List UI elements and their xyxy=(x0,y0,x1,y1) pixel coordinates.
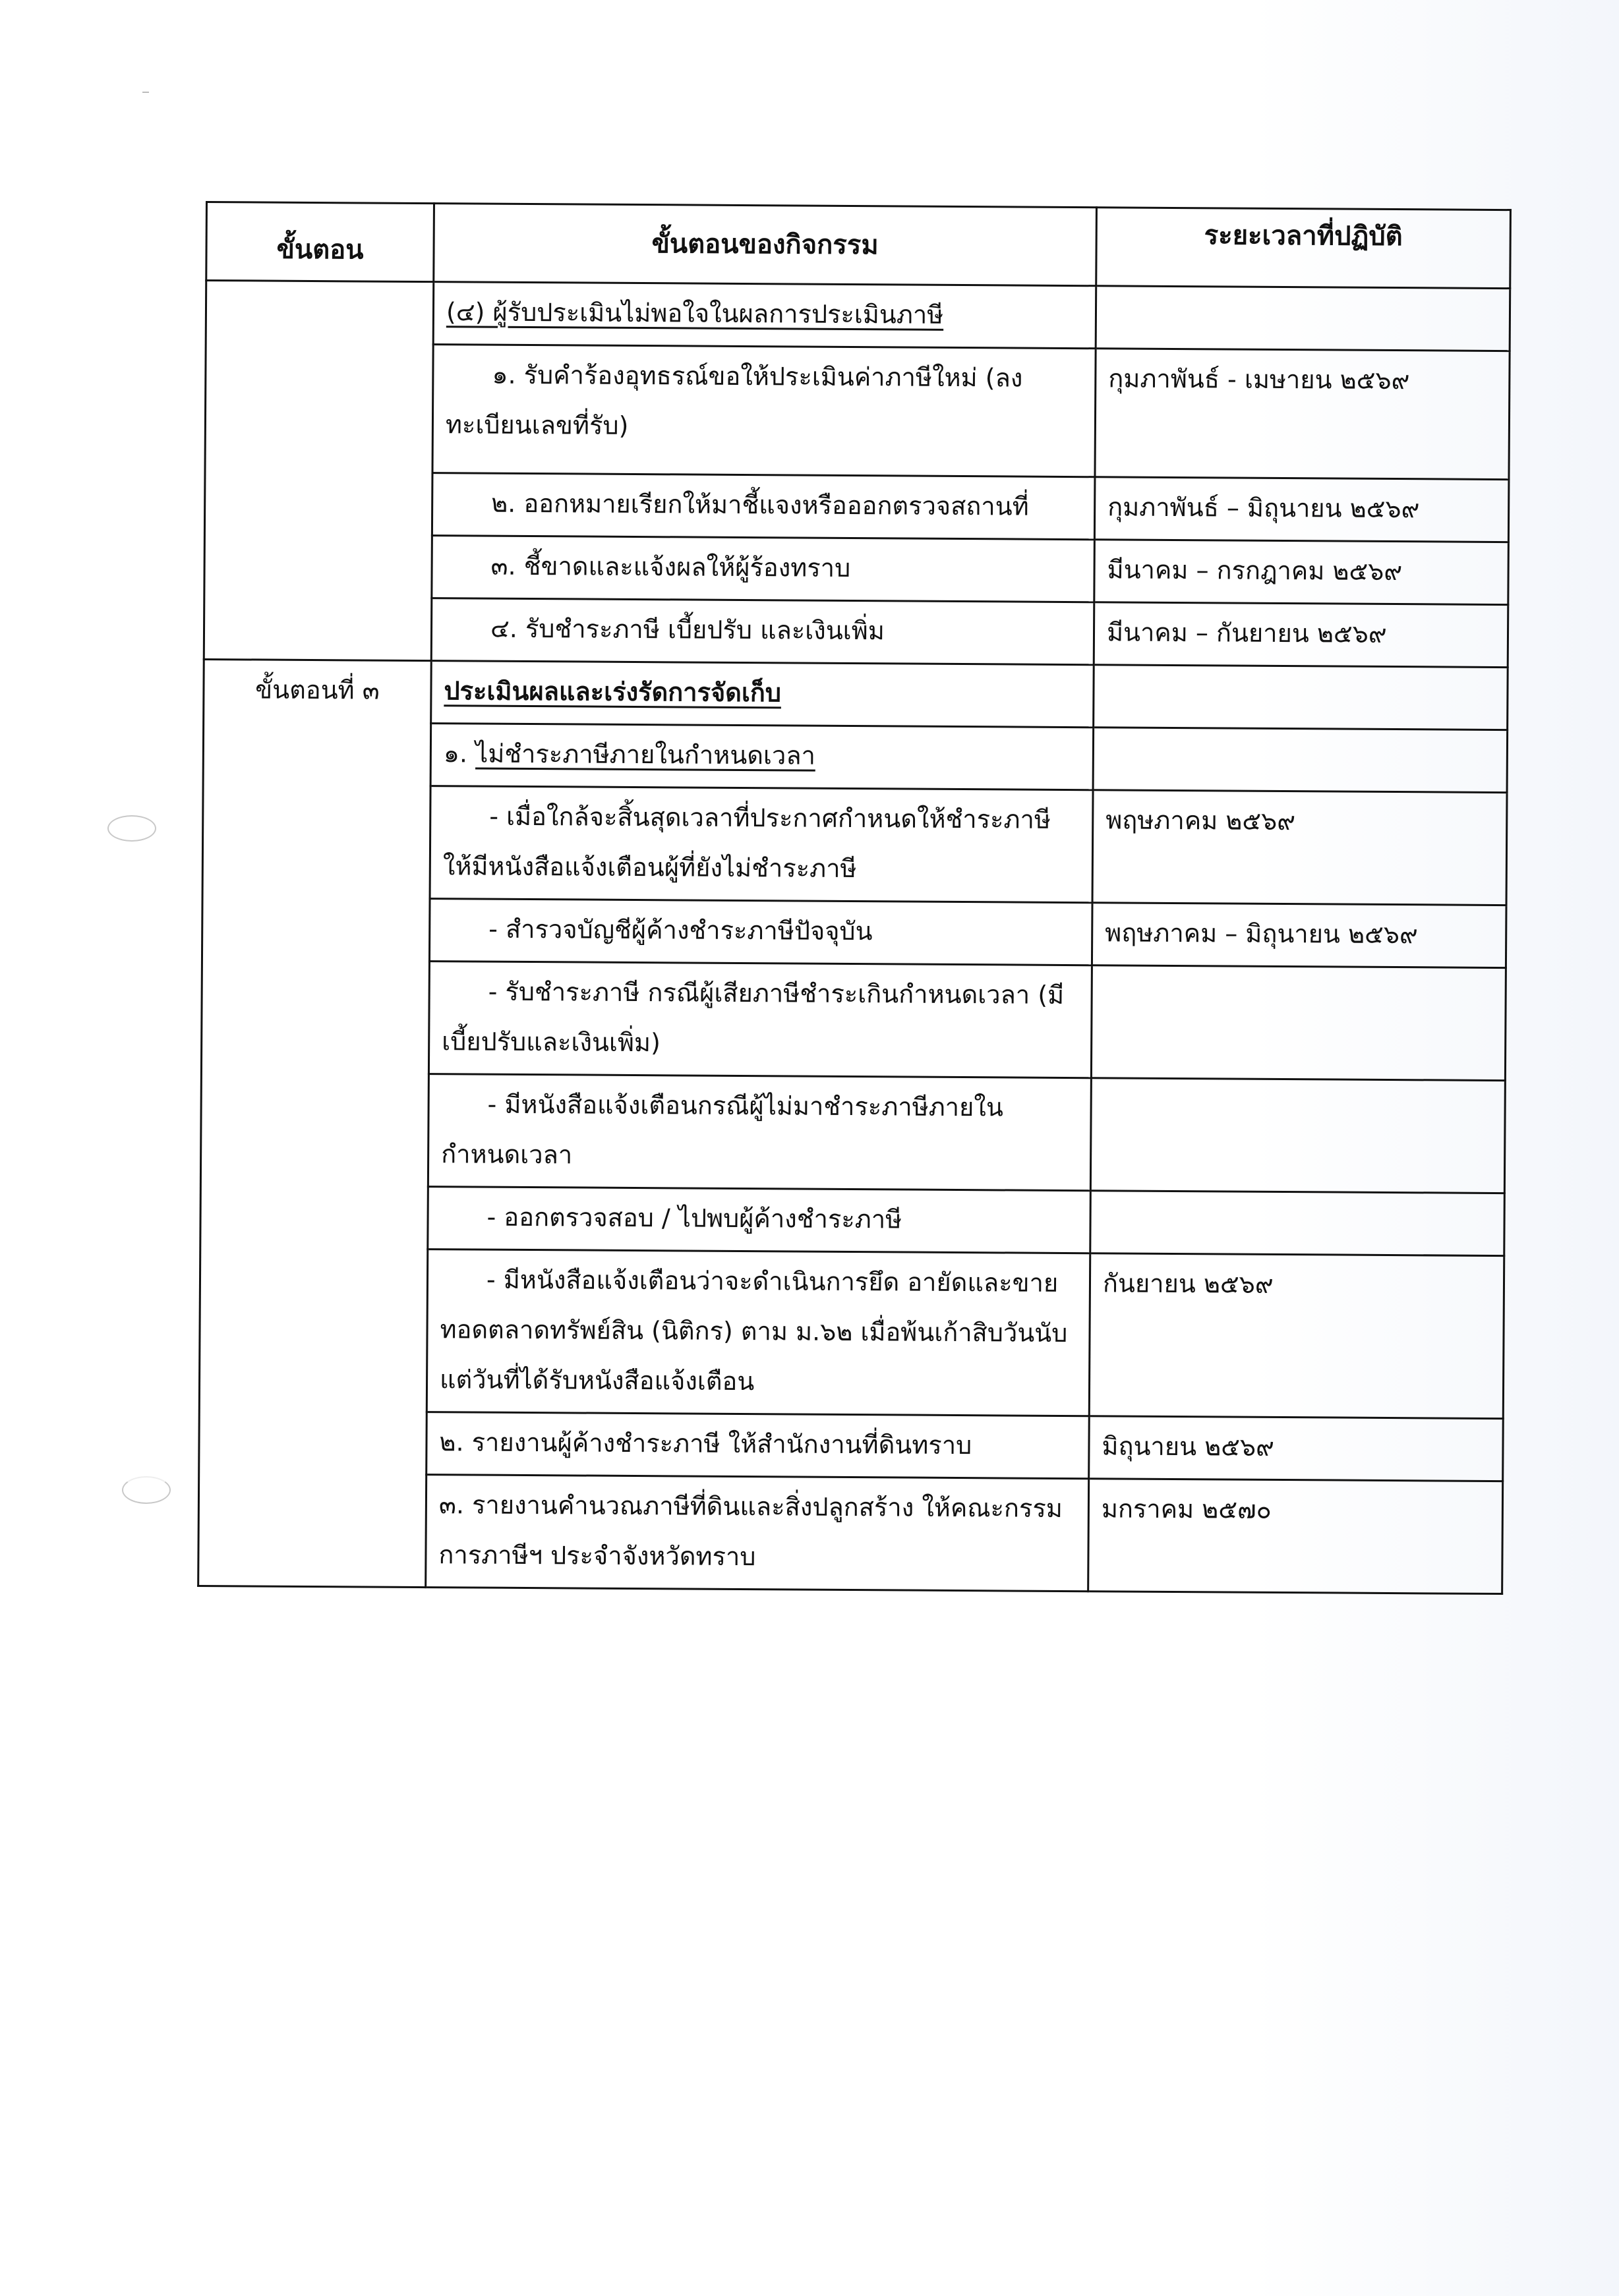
timeline-cell: มีนาคม – กรกฎาคม ๒๕๖๙ xyxy=(1094,540,1509,605)
activity-cell: ๒. ออกหมายเรียกให้มาชี้แจงหรือออกตรวจสถา… xyxy=(432,473,1095,540)
punch-hole xyxy=(107,815,156,842)
step-cell-empty xyxy=(204,281,434,661)
timeline-cell: มิถุนายน ๒๕๖๙ xyxy=(1089,1416,1504,1481)
timeline-cell xyxy=(1093,728,1508,793)
timeline-cell: พฤษภาคม ๒๕๖๙ xyxy=(1092,790,1507,905)
subheading-cell: ๑. ไม่ชำระภาษีภายในกำหนดเวลา xyxy=(430,724,1094,790)
section-a-heading: (๔) ผู้รับประเมินไม่พอใจในผลการประเมินภา… xyxy=(446,297,944,330)
timeline-cell: กุมภาพันธ์ - เมษายน ๒๕๖๙ xyxy=(1095,349,1510,480)
activity-cell: - รับชำระภาษี กรณีผู้เสียภาษีชำระเกินกำห… xyxy=(428,961,1092,1078)
activity-cell: ๓. ชี้ขาดและแจ้งผลให้ผู้ร้องทราบ xyxy=(432,536,1095,602)
header-step: ขั้นตอน xyxy=(206,202,434,282)
activity-cell: - ออกตรวจสอบ / ไปพบผู้ค้างชำระภาษี xyxy=(428,1187,1091,1253)
schedule-table: ขั้นตอน ขั้นตอนของกิจกรรม ระยะเวลาที่ปฏิ… xyxy=(197,201,1512,1595)
timeline-cell: พฤษภาคม – มิถุนายน ๒๕๖๙ xyxy=(1092,903,1506,968)
timeline-cell: มกราคม ๒๕๗๐ xyxy=(1088,1479,1503,1594)
subheading-number: ๑. xyxy=(444,739,467,768)
timeline-cell: กันยายน ๒๕๖๙ xyxy=(1089,1253,1504,1419)
section-heading: (๔) ผู้รับประเมินไม่พอใจในผลการประเมินภา… xyxy=(433,282,1096,349)
timeline-cell: มีนาคม – กันยายน ๒๕๖๙ xyxy=(1094,602,1508,668)
timeline-cell xyxy=(1090,1078,1505,1193)
section-heading: ประเมินผลและเร่งรัดการจัดเก็บ xyxy=(431,661,1094,728)
activity-cell: ๓. รายงานคำนวณภาษีที่ดินและสิ่งปลูกสร้าง… xyxy=(426,1475,1089,1592)
table-row: ขั้นตอนที่ ๓ ประเมินผลและเร่งรัดการจัดเก… xyxy=(204,659,1508,730)
timeline-cell: กุมภาพันธ์ – มิถุนายน ๒๕๖๙ xyxy=(1094,477,1509,542)
activity-cell: ๑. รับคำร้องอุทธรณ์ขอให้ประเมินค่าภาษีให… xyxy=(432,345,1096,477)
timeline-cell xyxy=(1091,965,1506,1081)
activity-cell: - สำรวจบัญชีผู้ค้างชำระภาษีปัจจุบัน xyxy=(429,899,1092,965)
subheading-text: ไม่ชำระภาษีภายในกำหนดเวลา xyxy=(475,739,815,770)
activity-cell: - เมื่อใกล้จะสิ้นสุดเวลาที่ประกาศกำหนดให… xyxy=(430,786,1093,903)
table-row: (๔) ผู้รับประเมินไม่พอใจในผลการประเมินภา… xyxy=(206,281,1510,351)
section-b-heading: ประเมินผลและเร่งรัดการจัดเก็บ xyxy=(444,676,781,707)
scan-mark xyxy=(142,88,149,93)
activity-cell: - มีหนังสือแจ้งเตือนกรณีผู้ไม่มาชำระภาษี… xyxy=(428,1074,1091,1191)
timeline-cell xyxy=(1094,665,1508,730)
activity-cell: - มีหนังสือแจ้งเตือนว่าจะดำเนินการยึด อา… xyxy=(427,1249,1090,1416)
table-header-row: ขั้นตอน ขั้นตอนของกิจกรรม ระยะเวลาที่ปฏิ… xyxy=(206,202,1511,289)
activity-cell: ๔. รับชำระภาษี เบี้ยปรับ และเงินเพิ่ม xyxy=(431,598,1094,665)
header-activity: ขั้นตอนของกิจกรรม xyxy=(434,204,1097,286)
header-timeline: ระยะเวลาที่ปฏิบัติ xyxy=(1096,208,1511,289)
step-label: ขั้นตอนที่ ๓ xyxy=(198,659,432,1587)
timeline-cell xyxy=(1090,1191,1505,1256)
activity-cell: ๒. รายงานผู้ค้างชำระภาษี ให้สำนักงานที่ด… xyxy=(427,1412,1090,1479)
timeline-cell xyxy=(1096,286,1510,351)
punch-hole xyxy=(122,1476,171,1504)
